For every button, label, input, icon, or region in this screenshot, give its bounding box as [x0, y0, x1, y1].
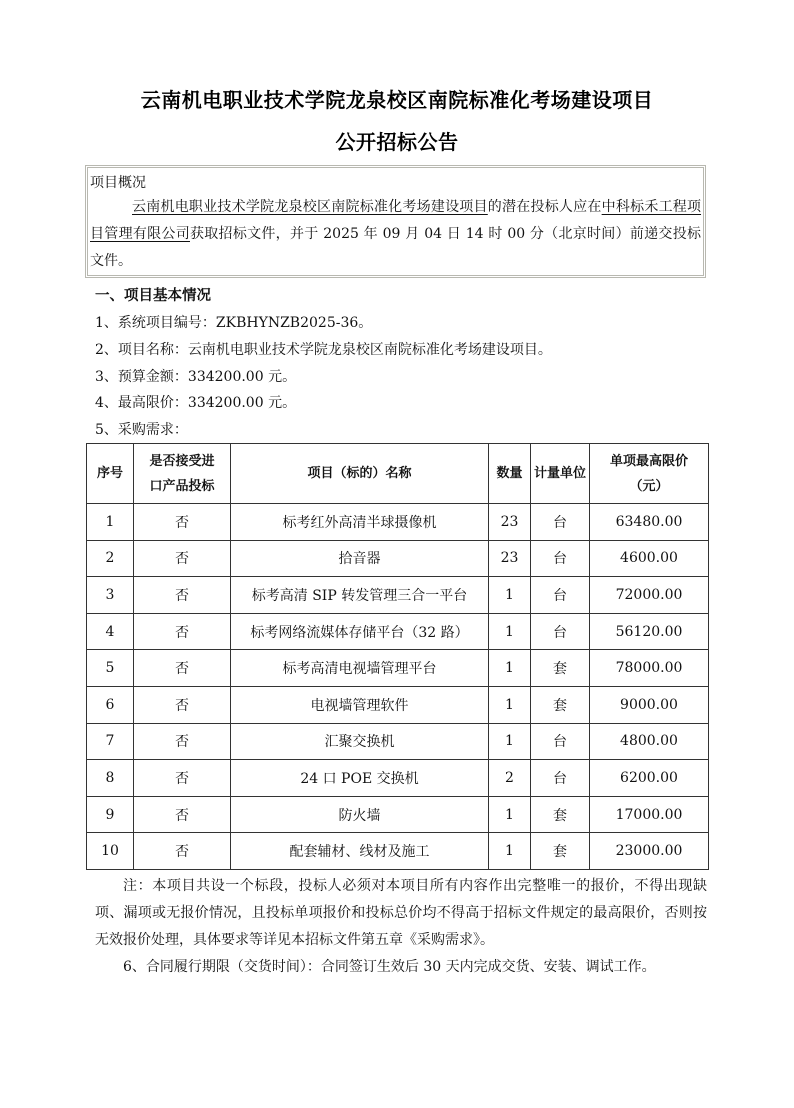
cell-name: 标考网络流媒体存储平台（32 路）	[231, 613, 489, 650]
overview-paragraph: 云南机电职业技术学院龙泉校区南院标准化考场建设项目的潜在投标人应在中科标禾工程项…	[90, 194, 701, 275]
table-header-row: 序号 是否接受进口产品投标 项目（标的）名称 数量 计量单位 单项最高限价（元）	[87, 444, 709, 504]
table-row: 3 否 标考高清 SIP 转发管理三合一平台 1 台 72000.00	[87, 577, 709, 614]
header-import-line2: 口产品投标	[149, 479, 214, 494]
cell-price: 78000.00	[590, 650, 709, 687]
cell-unit: 台	[531, 577, 590, 614]
overview-text-mid: 的潜在投标人应在	[488, 199, 602, 215]
project-overview-box: 项目概况 云南机电职业技术学院龙泉校区南院标准化考场建设项目的潜在投标人应在中科…	[85, 165, 706, 278]
cell-import: 否	[134, 540, 231, 577]
cell-price: 17000.00	[590, 796, 709, 833]
cell-unit: 台	[531, 504, 590, 541]
item-max-price: 4、最高限价：334200.00 元。	[95, 392, 296, 412]
item-contract-period: 6、合同履行期限（交货时间）：合同签订生效后 30 天内完成交货、安装、调试工作…	[95, 954, 707, 981]
cell-unit: 套	[531, 650, 590, 687]
item-procurement-needs: 5、采购需求：	[95, 419, 188, 439]
cell-qty: 1	[489, 613, 531, 650]
cell-name: 电视墙管理软件	[231, 686, 489, 723]
cell-qty: 1	[489, 686, 531, 723]
cell-qty: 1	[489, 796, 531, 833]
item-project-number: 1、系统项目编号：ZKBHYNZB2025-36。	[95, 312, 372, 332]
cell-name: 标考高清 SIP 转发管理三合一平台	[231, 577, 489, 614]
cell-unit: 台	[531, 613, 590, 650]
cell-unit: 套	[531, 686, 590, 723]
cell-name: 配套辅材、线材及施工	[231, 833, 489, 870]
project-name-link[interactable]: 云南机电职业技术学院龙泉校区南院标准化考场建设项目	[132, 199, 488, 215]
header-price-line1: 单项最高限价	[610, 454, 688, 469]
table-row: 8 否 24 口 POE 交换机 2 台 6200.00	[87, 760, 709, 797]
cell-qty: 2	[489, 760, 531, 797]
cell-no: 3	[87, 577, 134, 614]
cell-qty: 1	[489, 577, 531, 614]
table-note: 注：本项目共设一个标段，投标人必须对本项目所有内容作出完整唯一的报价，不得出现缺…	[95, 873, 707, 954]
cell-price: 9000.00	[590, 686, 709, 723]
cell-qty: 1	[489, 723, 531, 760]
cell-name: 拾音器	[231, 540, 489, 577]
table-row: 7 否 汇聚交换机 1 台 4800.00	[87, 723, 709, 760]
table-row: 1 否 标考红外高清半球摄像机 23 台 63480.00	[87, 504, 709, 541]
table-row: 9 否 防火墙 1 套 17000.00	[87, 796, 709, 833]
overview-label: 项目概况	[90, 172, 701, 194]
cell-no: 7	[87, 723, 134, 760]
table-row: 6 否 电视墙管理软件 1 套 9000.00	[87, 686, 709, 723]
document-page: 云南机电职业技术学院龙泉校区南院标准化考场建设项目 公开招标公告 项目概况 云南…	[0, 0, 794, 1108]
cell-name: 标考红外高清半球摄像机	[231, 504, 489, 541]
cell-unit: 台	[531, 723, 590, 760]
cell-import: 否	[134, 613, 231, 650]
cell-price: 6200.00	[590, 760, 709, 797]
cell-no: 6	[87, 686, 134, 723]
header-unit: 计量单位	[531, 444, 590, 504]
cell-name: 汇聚交换机	[231, 723, 489, 760]
cell-no: 9	[87, 796, 134, 833]
cell-price: 23000.00	[590, 833, 709, 870]
cell-unit: 台	[531, 760, 590, 797]
document-title: 云南机电职业技术学院龙泉校区南院标准化考场建设项目	[0, 84, 794, 113]
table-row: 2 否 拾音器 23 台 4600.00	[87, 540, 709, 577]
cell-no: 5	[87, 650, 134, 687]
cell-import: 否	[134, 796, 231, 833]
header-price: 单项最高限价（元）	[590, 444, 709, 504]
item-project-name: 2、项目名称：云南机电职业技术学院龙泉校区南院标准化考场建设项目。	[95, 339, 552, 359]
cell-import: 否	[134, 686, 231, 723]
cell-qty: 1	[489, 650, 531, 687]
cell-import: 否	[134, 760, 231, 797]
table-row: 4 否 标考网络流媒体存储平台（32 路） 1 台 56120.00	[87, 613, 709, 650]
table-row: 10 否 配套辅材、线材及施工 1 套 23000.00	[87, 833, 709, 870]
cell-price: 56120.00	[590, 613, 709, 650]
cell-no: 10	[87, 833, 134, 870]
header-qty: 数量	[489, 444, 531, 504]
table-row: 5 否 标考高清电视墙管理平台 1 套 78000.00	[87, 650, 709, 687]
item-budget: 3、预算金额：334200.00 元。	[95, 366, 296, 386]
cell-qty: 23	[489, 504, 531, 541]
header-import: 是否接受进口产品投标	[134, 444, 231, 504]
header-price-line2: （元）	[629, 479, 668, 494]
cell-unit: 套	[531, 833, 590, 870]
procurement-table: 序号 是否接受进口产品投标 项目（标的）名称 数量 计量单位 单项最高限价（元）…	[86, 443, 709, 870]
document-subtitle: 公开招标公告	[0, 126, 794, 155]
cell-unit: 套	[531, 796, 590, 833]
cell-price: 63480.00	[590, 504, 709, 541]
cell-import: 否	[134, 650, 231, 687]
cell-import: 否	[134, 504, 231, 541]
cell-name: 防火墙	[231, 796, 489, 833]
header-import-line1: 是否接受进	[149, 454, 214, 469]
cell-no: 8	[87, 760, 134, 797]
cell-import: 否	[134, 723, 231, 760]
cell-qty: 1	[489, 833, 531, 870]
cell-import: 否	[134, 577, 231, 614]
cell-price: 4800.00	[590, 723, 709, 760]
cell-qty: 23	[489, 540, 531, 577]
header-no: 序号	[87, 444, 134, 504]
cell-name: 标考高清电视墙管理平台	[231, 650, 489, 687]
cell-no: 2	[87, 540, 134, 577]
cell-price: 72000.00	[590, 577, 709, 614]
cell-no: 4	[87, 613, 134, 650]
header-name: 项目（标的）名称	[231, 444, 489, 504]
cell-name: 24 口 POE 交换机	[231, 760, 489, 797]
cell-no: 1	[87, 504, 134, 541]
cell-import: 否	[134, 833, 231, 870]
cell-unit: 台	[531, 540, 590, 577]
section-heading-basic-info: 一、项目基本情况	[95, 284, 211, 305]
cell-price: 4600.00	[590, 540, 709, 577]
